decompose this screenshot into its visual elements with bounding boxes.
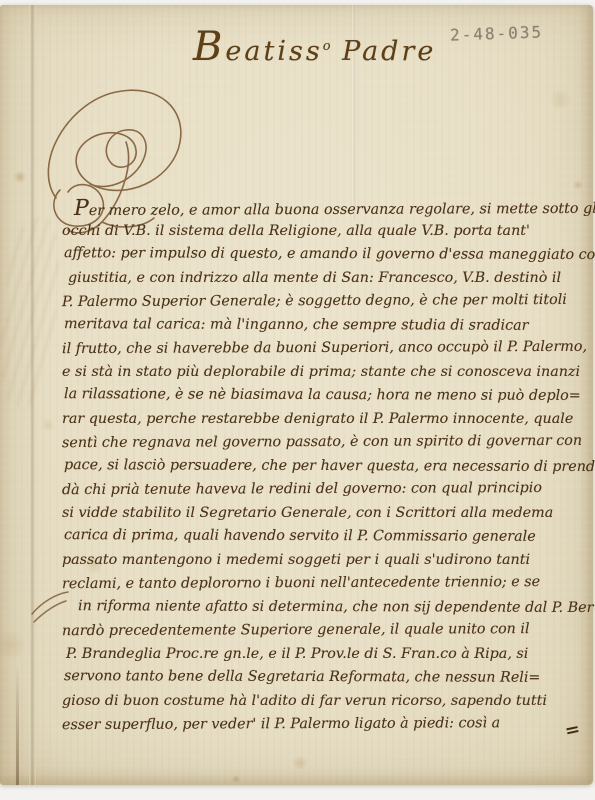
manuscript-line: P. Palermo Superior Generale; è soggetto… <box>62 289 570 315</box>
fold-crease-bottom <box>16 665 19 785</box>
manuscript-line: affetto: per impulso di questo, e amando… <box>64 242 572 267</box>
manuscript-line: rar questa, perche restarebbe denigrato … <box>62 408 570 432</box>
manuscript-line: carica di prima, quali havendo servito i… <box>64 524 572 549</box>
manuscript-line: giustitia, e con indrizzo alla mente di … <box>62 267 570 291</box>
letter-body: Per mero zelo, e amor alla buona osserva… <box>62 196 570 737</box>
manuscript-line: e si stà in stato più deplorabile di pri… <box>62 361 570 385</box>
manuscript-line: meritava tal carica: mà l'inganno, che s… <box>64 313 572 338</box>
manuscript-line: reclami, e tanto deplororno i buoni nell… <box>62 571 570 597</box>
manuscript-line: nardò precedentemente Superiore generale… <box>62 618 570 644</box>
manuscript-line: passato mantengono i medemi soggeti per … <box>62 549 570 573</box>
manuscript-line: sentì che regnava nel governo passato, è… <box>62 430 570 456</box>
manuscript-line: servono tanto bene della Segretaria Refo… <box>64 665 572 690</box>
manuscript-line: la rilassatione, è se nè biasimava la ca… <box>64 383 572 408</box>
salutation-heading: Beatisso Padre <box>193 36 436 67</box>
ink-show-through <box>0 215 66 409</box>
manuscript-photo: { "colors": { "paper": "#e8dfc6", "ink":… <box>0 0 595 800</box>
manuscript-line: gioso di buon costume hà l'adito di far … <box>62 690 570 714</box>
manuscript-line: il frutto, che si haverebbe da buoni Sup… <box>62 336 570 362</box>
archive-number: 2-48-035 <box>450 22 544 44</box>
manuscript-line: P. Brandeglia Proc.re gn.le, e il P. Pro… <box>62 643 570 667</box>
manuscript-line: esser superfluo, per veder' il P. Palerm… <box>62 712 570 738</box>
fold-crease-left <box>29 5 36 785</box>
salutation-padre: Padre <box>342 36 436 67</box>
manuscript-line: occhi di V.B. il sistema della Religione… <box>62 220 570 244</box>
salutation-abbreviation: o <box>323 39 331 54</box>
manuscript-line: si vidde stabilito il Segretario General… <box>62 502 570 526</box>
manuscript-line: pace, si lasciò persuadere, che per have… <box>64 454 572 479</box>
manuscript-line: in riforma niente afatto si determina, c… <box>64 595 572 620</box>
manuscript-line: dà chi prià tenute haveva le redini del … <box>62 477 570 503</box>
salutation-text: Beatiss <box>193 36 323 67</box>
manuscript-line: Per mero zelo, e amor alla buona osserva… <box>62 195 570 221</box>
